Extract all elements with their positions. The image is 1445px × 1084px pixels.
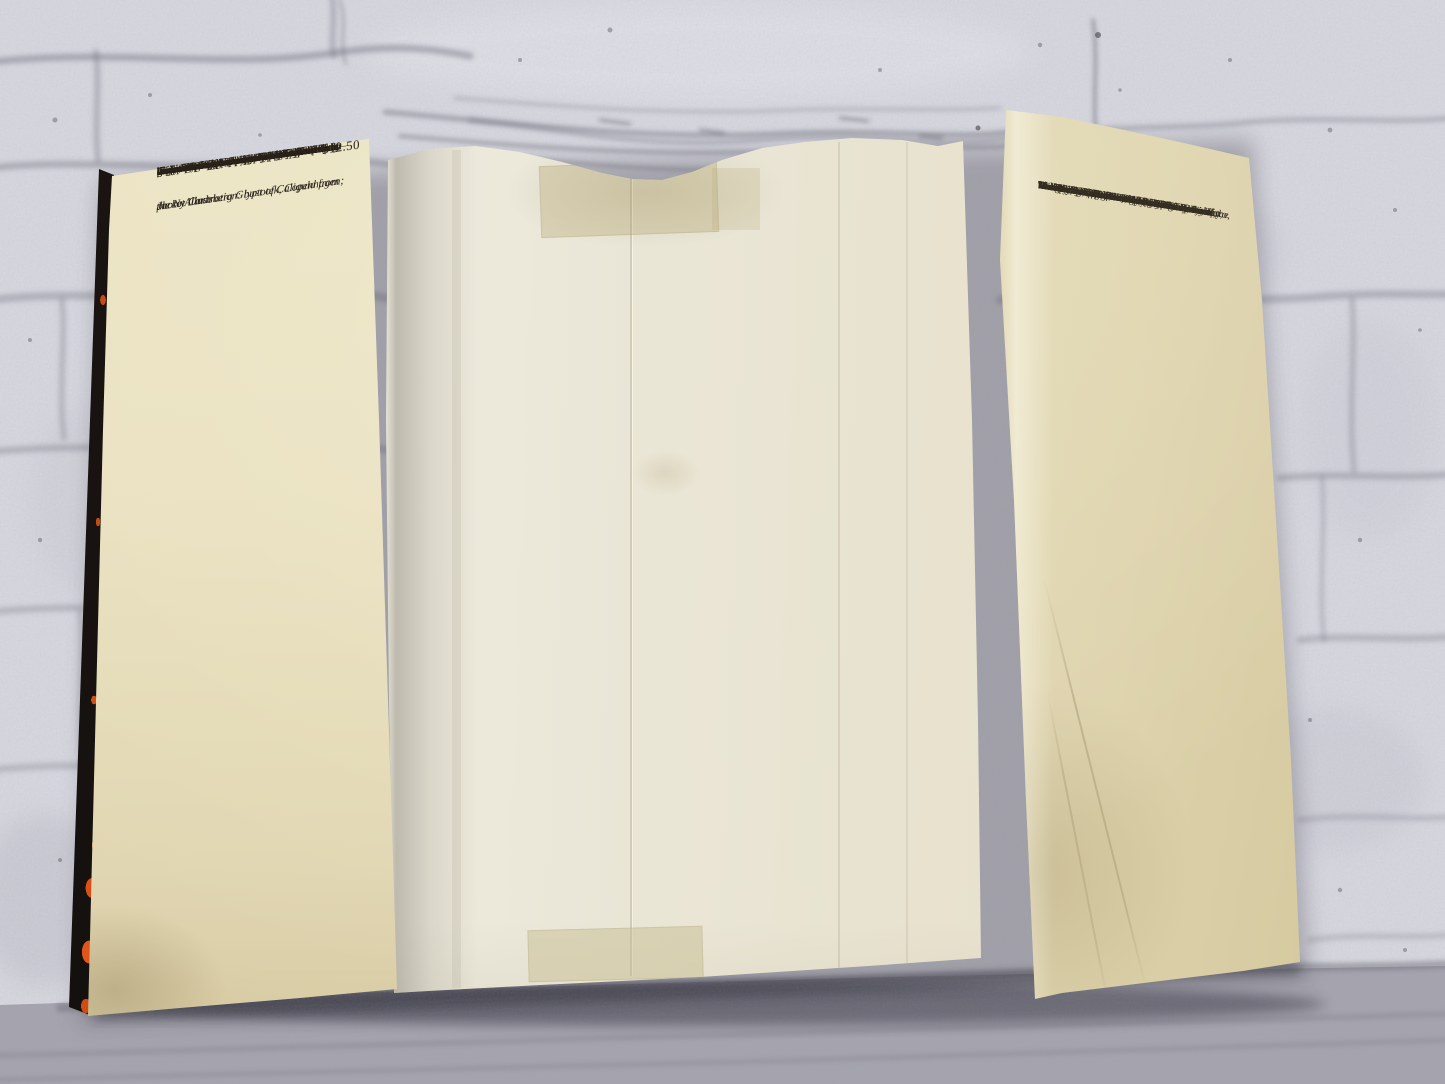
fold-crease xyxy=(452,150,461,988)
fold-crease xyxy=(630,178,632,976)
paper-stain xyxy=(630,450,700,496)
fold-crease xyxy=(838,142,840,968)
fold-crease-highlight xyxy=(632,178,633,976)
tape-top-edge xyxy=(712,168,760,230)
fold-crease xyxy=(1042,575,1148,993)
fold-crease xyxy=(1046,690,1109,1005)
fold-crease xyxy=(906,142,908,964)
book-jacket-photo: $12.50 The personalities of the Twelve C… xyxy=(0,0,1445,1084)
tape-bottom xyxy=(527,926,703,983)
